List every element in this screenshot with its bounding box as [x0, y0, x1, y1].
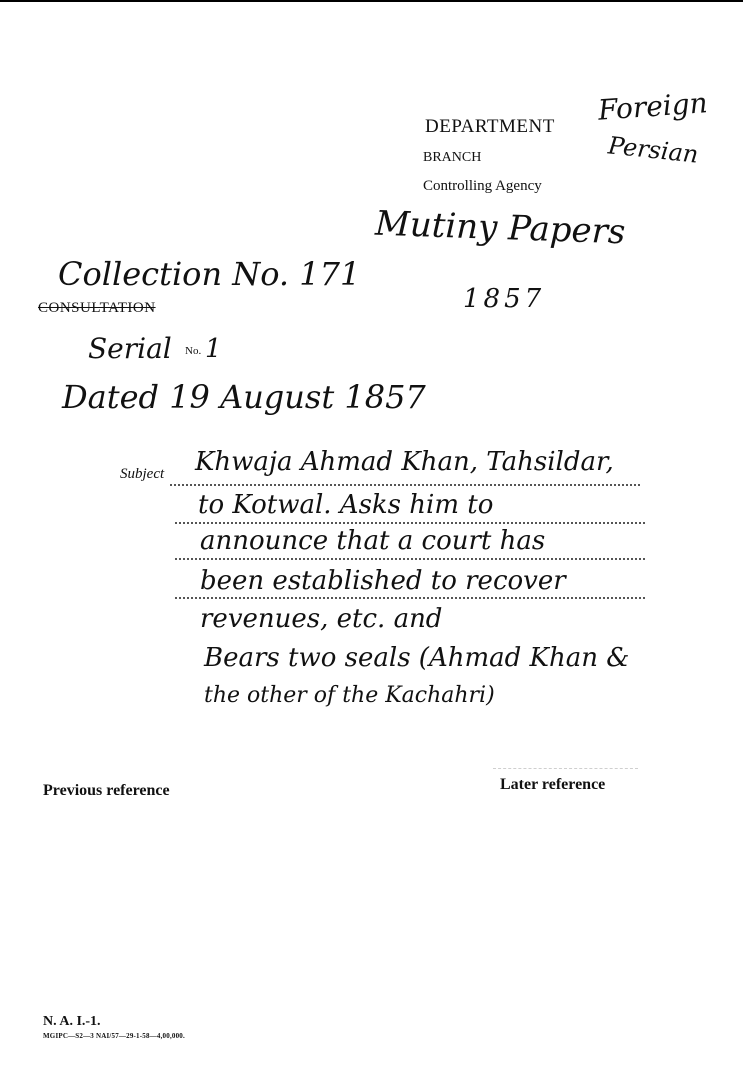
subject-dotted-line — [175, 522, 645, 524]
page-top-border — [0, 0, 743, 2]
department-value: Foreign — [597, 86, 709, 127]
collection-title: Mutiny Papers — [374, 204, 626, 253]
dated-field: Dated 19 August 1857 — [62, 378, 426, 416]
serial-value: 1 — [205, 334, 222, 364]
serial-no-label: No. — [185, 345, 201, 357]
subject-dotted-line — [175, 597, 645, 599]
faded-stamp — [493, 738, 638, 769]
form-id: N. A. I.-1. — [43, 1014, 101, 1030]
dated-label: Dated — [62, 378, 159, 416]
controlling-agency-label: Controlling Agency — [423, 178, 542, 195]
later-reference-label: Later reference — [500, 776, 605, 794]
subject-dotted-line — [175, 558, 645, 560]
serial-label: Serial — [88, 332, 172, 365]
subject-line: revenues, etc. and — [200, 604, 442, 634]
collection-year: 1857 — [463, 284, 545, 314]
subject-line: to Kotwal. Asks him to — [198, 490, 493, 520]
branch-value: Persian — [607, 131, 700, 168]
consultation-label: CONSULTATION — [38, 300, 156, 317]
subject-label: Subject — [120, 466, 164, 483]
subject-line: Bears two seals (Ahmad Khan & — [204, 643, 629, 673]
department-label: DEPARTMENT — [425, 116, 555, 138]
previous-reference-label: Previous reference — [43, 782, 170, 800]
branch-label: BRANCH — [423, 150, 481, 166]
subject-line: Khwaja Ahmad Khan, Tahsildar, — [195, 447, 614, 477]
dated-value: 19 August 1857 — [169, 378, 426, 416]
collection-number: Collection No. 171 — [58, 255, 360, 293]
subject-line: announce that a court has — [200, 526, 545, 556]
subject-dotted-line — [170, 484, 640, 486]
print-line: MGIPC—S2—3 NAI/57—29-1-58—4,00,000. — [43, 1032, 185, 1040]
subject-line: been established to recover — [200, 566, 566, 596]
subject-line: the other of the Kachahri) — [204, 683, 495, 708]
